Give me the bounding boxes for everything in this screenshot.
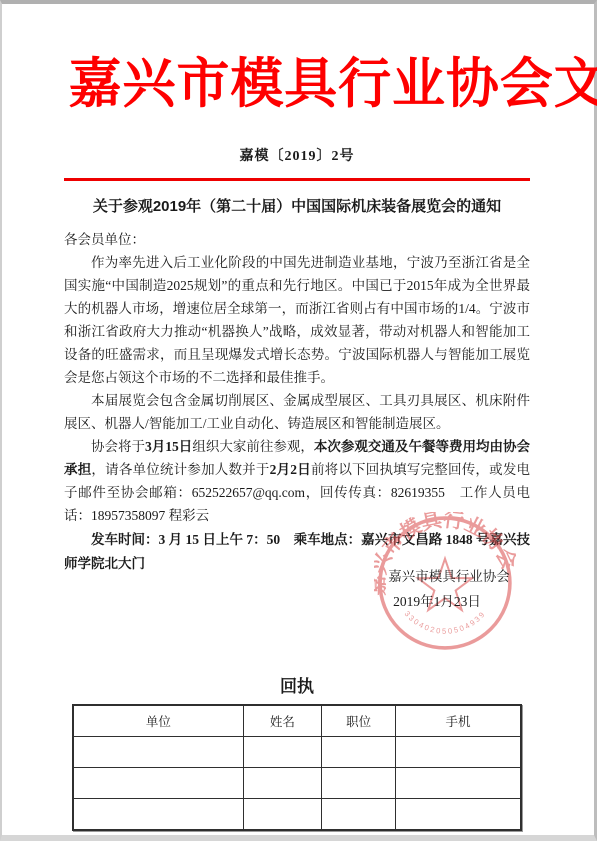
table-cell: [396, 767, 521, 798]
paragraph-3-run-bold: 3月15日: [145, 439, 192, 454]
table-cell: [322, 767, 396, 798]
paragraph-3-run: 组织大家前往参观，: [192, 439, 314, 454]
table-header-name: 姓名: [243, 705, 321, 737]
table-cell: [73, 767, 243, 798]
receipt-title: 回执: [64, 672, 530, 697]
table-row: [73, 767, 521, 798]
paragraph-3-run: 协会将于: [91, 439, 145, 454]
table-cell: [322, 736, 396, 767]
table-cell: [243, 767, 321, 798]
paragraph-2: 本届展览会包含金属切削展区、金属成型展区、工具刃具展区、机床附件展区、机器人/智…: [64, 389, 530, 435]
letterhead-title: 嘉兴市模具行业协会文件: [69, 48, 526, 121]
doc-number: 嘉模〔2019〕2号: [64, 145, 530, 165]
paragraph-1: 作为率先进入后工业化阶段的中国先进制造业基地，宁波乃至浙江省是全国实施“中国制造…: [64, 251, 530, 389]
table-cell: [322, 798, 396, 830]
signature-date: 2019年1月23日: [342, 589, 532, 614]
table-cell: [73, 798, 243, 830]
notice-title: 关于参观2019年（第二十届）中国国际机床装备展览会的通知: [64, 195, 530, 216]
table-header-row: 单位 姓名 职位 手机: [73, 705, 521, 737]
table-cell: [243, 798, 321, 830]
table-cell: [396, 798, 521, 830]
paragraph-3-run: ，请各单位统计参加人数并于: [91, 462, 269, 477]
paragraph-3-run-bold: 2月2日: [270, 462, 311, 477]
table-cell: [243, 736, 321, 767]
table-header-unit: 单位: [73, 705, 243, 737]
table-cell: [73, 736, 243, 767]
paragraph-3: 协会将于3月15日组织大家前往参观，本次参观交通及午餐等费用均由协会承担，请各单…: [64, 435, 530, 527]
table-header-position: 职位: [322, 705, 396, 737]
salutation: 各会员单位：: [64, 229, 530, 251]
signature-org: 嘉兴市模具行业协会: [354, 564, 544, 589]
receipt-table: 单位 姓名 职位 手机: [72, 704, 522, 831]
document-page: 嘉兴市模具行业协会文件 嘉模〔2019〕2号 关于参观2019年（第二十届）中国…: [0, 0, 597, 841]
red-divider: [64, 178, 530, 181]
table-row: [73, 798, 521, 830]
signature-block: 嘉兴市模具行业协会 2019年1月23日: [354, 564, 544, 614]
table-header-phone: 手机: [396, 705, 521, 737]
table-cell: [396, 736, 521, 767]
document-content: 嘉兴市模具行业协会文件 嘉模〔2019〕2号 关于参观2019年（第二十届）中国…: [2, 48, 594, 831]
table-row: [73, 736, 521, 767]
